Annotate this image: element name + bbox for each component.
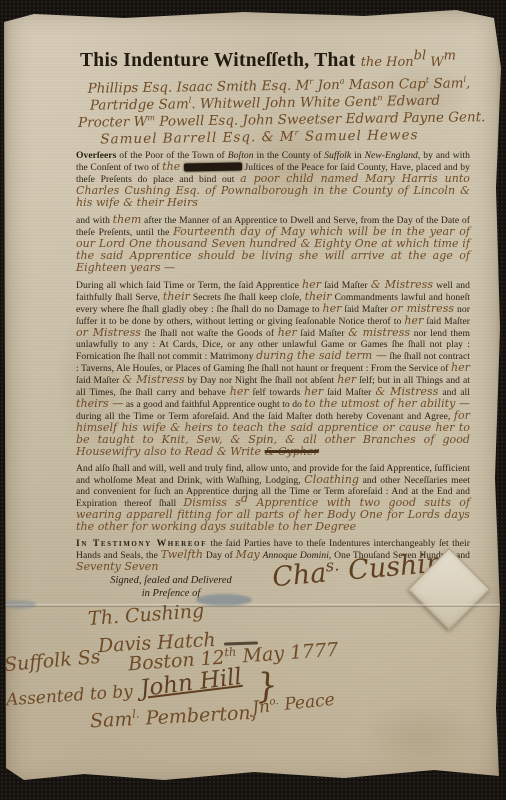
text-segment: her xyxy=(337,373,356,386)
assent-signature-pemberton: Saml. Pemberton, xyxy=(90,702,258,733)
text-segment: in xyxy=(351,150,364,161)
text-segment: Secrets ſhe ſhall keep cloſe, xyxy=(190,292,305,303)
text-segment: Pemberton, xyxy=(139,702,257,730)
paragraph-apprentice-duties: During all which ſaid Time or Term, the … xyxy=(76,279,470,458)
text-segment xyxy=(184,162,242,171)
text-segment: Cloathing xyxy=(304,473,359,486)
text-segment: Sam xyxy=(429,75,464,91)
assent-label: Assented to by xyxy=(5,682,133,711)
photo-background: { "meta": { "description": "Photograph o… xyxy=(0,0,506,800)
text-segment: Peace xyxy=(278,690,336,716)
text-segment: her xyxy=(451,361,470,374)
text-segment: ſelf towards xyxy=(249,387,304,398)
paragraph-binding-out: Overſeers of the Poor of the Town of Boſ… xyxy=(76,150,470,209)
text-segment: Powell Esq. John Sweetser Edward Payne G… xyxy=(155,109,486,130)
text-segment: them xyxy=(113,213,142,226)
text-segment: Samuel Hewes xyxy=(299,127,418,145)
text-segment: during the said term — xyxy=(256,349,387,362)
text-segment: her xyxy=(322,302,341,315)
text-segment: Suffolk xyxy=(324,150,351,161)
paragraph-term-of-service: and with them after the Manner of an App… xyxy=(76,214,470,274)
text-segment: & mistress xyxy=(348,326,410,339)
text-segment: in the County of xyxy=(254,150,325,161)
text-segment: Day of xyxy=(203,550,236,561)
indenture-body: Overſeers of the Poor of the Town of Boſ… xyxy=(76,150,470,578)
text-segment: her xyxy=(278,326,297,339)
text-segment: ſaid Maſter xyxy=(76,375,122,386)
fold-crease xyxy=(4,604,501,607)
text-segment: Mason Cap xyxy=(345,76,426,93)
text-segment: New-England xyxy=(365,150,418,161)
text-segment: Cha xyxy=(271,558,328,594)
text-segment: Partridge Sam xyxy=(90,96,189,113)
text-segment: to the utmost of her ability — xyxy=(304,397,470,410)
text-segment: & Mistress xyxy=(371,278,433,291)
text-segment: the xyxy=(162,160,184,173)
text-segment: Phillips Esq. Isaac Smith Esq. M xyxy=(88,78,310,97)
text-segment: Jon xyxy=(313,77,340,93)
text-segment: ſhe ſhall not waſte the Goods of xyxy=(141,328,278,339)
text-segment: Seventy Seven xyxy=(76,560,159,573)
text-segment: and with xyxy=(76,215,113,226)
presence-line1: Signed, ſealed and Delivered xyxy=(96,575,246,588)
text-segment: or Mistress xyxy=(76,326,141,339)
text-segment: . Whitwell John White Gent xyxy=(191,94,377,113)
text-segment: Overſeers xyxy=(76,150,116,161)
text-segment: ſaid Maſter xyxy=(341,304,390,315)
text-segment: Edward xyxy=(382,93,440,110)
text-segment: bl xyxy=(414,49,426,64)
paper-stain xyxy=(356,698,486,778)
text-segment: Jn xyxy=(251,697,271,719)
ink-smudge xyxy=(2,600,36,609)
text-segment: This Indenture Witneſſeth, That xyxy=(80,50,361,71)
text-segment: theirs — xyxy=(76,397,123,410)
jurisdiction-label: Suffolk Ss xyxy=(3,646,101,676)
text-segment: ſaid Maſter xyxy=(423,316,470,327)
text-segment: & Mistress xyxy=(122,373,184,386)
text-segment: Procter W xyxy=(78,114,147,131)
text-segment: as a good and faithful Apprentice ought … xyxy=(123,399,304,410)
text-segment: & Cypher xyxy=(265,445,319,458)
ink-smudge xyxy=(196,594,252,606)
overseers-name-list: Phillips Esq. Isaac Smith Esq. Mr Jona M… xyxy=(76,75,487,149)
text-segment: Samuel Barrell Esq. & M xyxy=(100,129,295,148)
text-segment: m xyxy=(444,49,456,64)
document-title: This Indenture Witneſſeth, That the Honb… xyxy=(80,50,500,72)
text-segment: W xyxy=(426,55,444,70)
text-segment: her xyxy=(230,385,249,398)
text-segment: , xyxy=(466,75,471,91)
text-segment: ſaid Maſter xyxy=(297,328,348,339)
text-segment: May xyxy=(236,548,260,561)
text-segment: Boſton xyxy=(228,150,254,161)
text-segment: m xyxy=(147,112,155,122)
text-segment: the Hon xyxy=(361,55,414,70)
document-paper: This Indenture Witneſſeth, That the Honb… xyxy=(4,8,501,788)
text-segment: th xyxy=(224,644,237,659)
paragraph-master-provisions: And alſo ſhall and will, well and truly … xyxy=(76,463,470,533)
text-segment: Twelfth xyxy=(161,548,203,561)
text-segment: their xyxy=(163,290,190,303)
text-segment: Sam xyxy=(90,708,133,732)
